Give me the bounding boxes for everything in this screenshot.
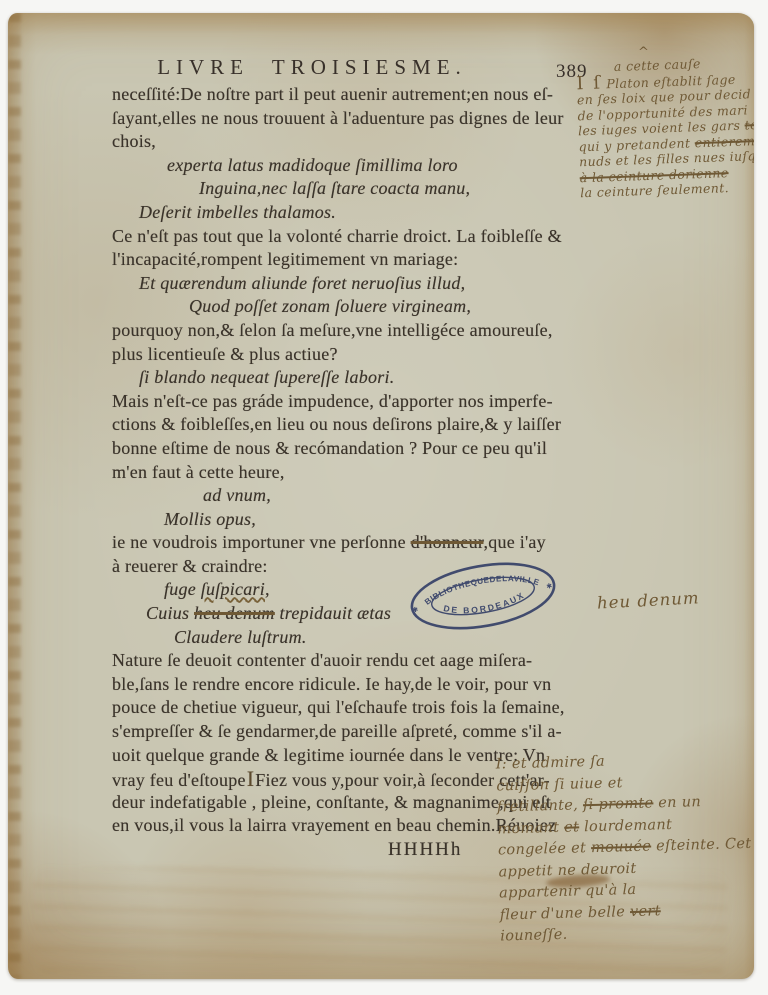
verse-line: ſi blando nequeat ſupereſſe labori.	[139, 366, 668, 390]
svg-text:BIBLIOTHEQUEDELAVILLE: BIBLIOTHEQUEDELAVILLE	[421, 566, 542, 607]
struck-handwriting: tous fins	[744, 115, 754, 132]
stamp-star-left-icon: ✱	[412, 605, 419, 614]
handwritten-note-segment: eſteinte. Cet	[651, 836, 752, 855]
insertion-mark-icon: I ſ	[576, 72, 602, 94]
printed-line: bonne eſtime de nous & recómandation ? P…	[112, 437, 668, 461]
handwritten-note-segment: fleur d'une belle	[500, 904, 631, 923]
printed-line-segment: fuge	[164, 579, 201, 599]
printed-line: pourquoy non,& ſelon ſa meſure,vne intel…	[112, 319, 668, 343]
printed-line-segment: Cuius	[146, 603, 194, 623]
printed-line: pouce de chetiue vigueur, qui l'eſchaufe…	[112, 696, 668, 720]
verse-line: Quod poſſet zonam ſoluere virgineam,	[189, 295, 668, 319]
struck-handwriting: ſi promte	[583, 795, 654, 813]
handwritten-note-segment: en un	[653, 794, 701, 811]
scribbled-printed-word: ſuſpicari	[201, 579, 265, 599]
deckled-page-edge	[8, 13, 21, 979]
verse-line: Deſerit imbelles thalamos.	[139, 201, 668, 225]
printed-line: Mais n'eſt-ce pas gráde impudence, d'app…	[112, 390, 668, 414]
struck-printed-word: heu denum	[194, 603, 275, 623]
verse-line: Mollis opus,	[164, 508, 668, 532]
printed-line: s'empreſſer & ſe gendarmer,de pareille a…	[112, 720, 668, 744]
handwritten-note-segment: lourdemant	[579, 816, 672, 834]
running-title: LIVRE TROISIESME.	[112, 55, 512, 80]
bottom-margin-annotation: I: et admire ſa cuiſſon ſi uiue et freti…	[496, 748, 754, 948]
printed-line: Nature ſe deuoit contenter d'auoir rendu…	[112, 649, 668, 673]
printed-line: Ce n'eſt pas tout que la volonté charrie…	[112, 225, 668, 249]
printed-line: ctions & foibleſſes,en lieu ou nous deſi…	[112, 413, 668, 437]
printed-line-segment: trepidauit ætas	[275, 603, 391, 623]
printed-line-segment: ,	[265, 579, 270, 599]
handwritten-note-segment: congelée et	[498, 840, 591, 858]
top-margin-annotation: a cette cauſe I ſ Platon eſtablit ſage e…	[576, 54, 754, 201]
printed-line-segment: ie ne voudrois importuner vne perſonne	[112, 532, 411, 552]
struck-handwriting: entierement	[694, 132, 754, 150]
svg-text:DE BORDEAUX: DE BORDEAUX	[441, 589, 528, 621]
printed-line: l'incapacité,rompent legitimement vn mar…	[112, 248, 668, 272]
margin-correction-note: heu denum	[597, 588, 700, 612]
insertion-mark-icon: I	[246, 766, 256, 791]
scanned-book-page: LIVRE TROISIESME. 389 neceſſité:De noſtr…	[8, 13, 754, 979]
struck-handwriting: mouuée	[591, 839, 652, 857]
printed-line: à reuerer & craindre:	[112, 555, 668, 579]
struck-handwriting: et	[564, 819, 579, 835]
struck-handwriting: vert	[630, 903, 661, 920]
handwritten-note-segment: fretillante,	[497, 797, 584, 815]
verse-line: Et quærendum aliunde foret neruoſius ill…	[139, 272, 668, 296]
handwritten-note-segment: momant	[497, 819, 564, 837]
struck-printed-word: d'honneur	[411, 532, 484, 552]
verse-line: ad vnum,	[203, 484, 668, 508]
stamp-star-right-icon: ✱	[546, 582, 553, 591]
printed-line-segment: vray feu d'eſtoupe	[112, 770, 246, 790]
printed-line: m'en faut à cette heure,	[112, 461, 668, 485]
printed-line: plus licentieuſe & plus actiue?	[112, 343, 668, 367]
stamp-text-bottom: DE BORDEAUX	[441, 589, 528, 621]
printed-line: ble,ſans le rendre encore ridicule. Ie h…	[112, 673, 668, 697]
printed-line: ie ne voudrois importuner vne perſonne d…	[112, 531, 668, 555]
stamp-text-top: BIBLIOTHEQUEDELAVILLE	[421, 566, 542, 607]
printed-line-segment: ,que i'ay	[483, 532, 545, 552]
